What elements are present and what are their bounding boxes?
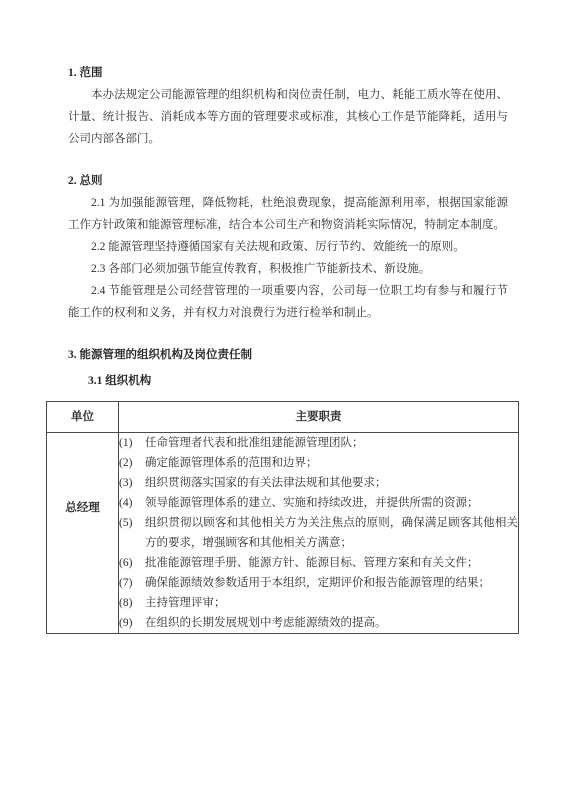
clause-2-2: 2.2 能源管理坚持遵循国家有关法规和政策、厉行节约、效能统一的原则。 xyxy=(68,236,508,258)
clause-2-3: 2.3 各部门必须加强节能宣传教育，积极推广节能新技术、新设施。 xyxy=(68,258,508,280)
duty-item: (3) 组织贯彻落实国家的有关法律法规和其他要求； xyxy=(119,473,518,493)
duty-number: (7) xyxy=(119,573,145,593)
duty-item: (7) 确保能源绩效参数适用于本组织，定期评价和报告能源管理的结果； xyxy=(119,573,518,593)
duties-cell: (1) 任命管理者代表和批准组建能源管理团队； (2) 确定能源管理体系的范围和… xyxy=(119,433,519,634)
section-1-heading: 1. 范围 xyxy=(68,62,508,84)
duty-text: 在组织的长期发展规划中考虑能源绩效的提高。 xyxy=(145,613,518,633)
unit-label: 总经理 xyxy=(47,499,118,515)
duty-text: 组织贯彻落实国家的有关法律法规和其他要求； xyxy=(145,473,518,493)
section-1-paragraph: 本办法规定公司能源管理的组织机构和岗位责任制，电力、耗能工质水等在使用、计量、统… xyxy=(68,84,508,150)
column-header-unit: 单位 xyxy=(47,402,119,433)
duty-item: (9) 在组织的长期发展规划中考虑能源绩效的提高。 xyxy=(119,613,518,633)
duty-number: (8) xyxy=(119,593,145,613)
duty-item: (1) 任命管理者代表和批准组建能源管理团队； xyxy=(119,433,518,453)
duty-text: 主持管理评审； xyxy=(145,593,518,613)
duty-item: (6) 批准能源管理手册、能源方针、能源目标、管理方案和有关文件； xyxy=(119,553,518,573)
duty-item: (8) 主持管理评审； xyxy=(119,593,518,613)
duty-number: (1) xyxy=(119,433,145,453)
duty-text: 确定能源管理体系的范围和边界； xyxy=(145,453,518,473)
duty-text: 确保能源绩效参数适用于本组织，定期评价和报告能源管理的结果； xyxy=(145,573,518,593)
org-structure-table: 单位 主要职责 总经理 (1) 任命管理者代表和批准组建能源管理团队； (2) … xyxy=(46,401,519,634)
table-row: 总经理 (1) 任命管理者代表和批准组建能源管理团队； (2) 确定能源管理体系… xyxy=(47,433,519,634)
duty-text: 任命管理者代表和批准组建能源管理团队； xyxy=(145,433,518,453)
section-2-heading: 2. 总则 xyxy=(68,170,508,192)
duty-number: (3) xyxy=(119,473,145,493)
duty-number: (4) xyxy=(119,493,145,513)
duty-number: (5) xyxy=(119,513,145,553)
duty-item: (4) 领导能源管理体系的建立、实施和持续改进，并提供所需的资源； xyxy=(119,493,518,513)
clause-2-4: 2.4 节能管理是公司经营管理的一项重要内容，公司每一位职工均有参与和履行节能工… xyxy=(68,280,508,324)
duty-text: 组织贯彻以顾客和其他相关方为关注焦点的原则，确保满足顾客其他相关方的要求，增强顾… xyxy=(145,513,518,553)
duty-number: (9) xyxy=(119,613,145,633)
section-3-heading: 3. 能源管理的组织机构及岗位责任制 xyxy=(68,344,508,366)
unit-cell: 总经理 xyxy=(47,433,119,634)
clause-2-1: 2.1 为加强能源管理，降低物耗，杜绝浪费现象，提高能源利用率，根据国家能源工作… xyxy=(68,192,508,236)
duty-item: (2) 确定能源管理体系的范围和边界； xyxy=(119,453,518,473)
table-header-row: 单位 主要职责 xyxy=(47,402,519,433)
duty-text: 批准能源管理手册、能源方针、能源目标、管理方案和有关文件； xyxy=(145,553,518,573)
duty-text: 领导能源管理体系的建立、实施和持续改进，并提供所需的资源； xyxy=(145,493,518,513)
document-page: 1. 范围 本办法规定公司能源管理的组织机构和岗位责任制，电力、耗能工质水等在使… xyxy=(0,0,566,801)
duty-number: (6) xyxy=(119,553,145,573)
duty-item: (5) 组织贯彻以顾客和其他相关方为关注焦点的原则，确保满足顾客其他相关方的要求… xyxy=(119,513,518,553)
column-header-duties: 主要职责 xyxy=(119,402,519,433)
section-3-1-subheading: 3.1 组织机构 xyxy=(88,370,508,392)
duty-number: (2) xyxy=(119,453,145,473)
